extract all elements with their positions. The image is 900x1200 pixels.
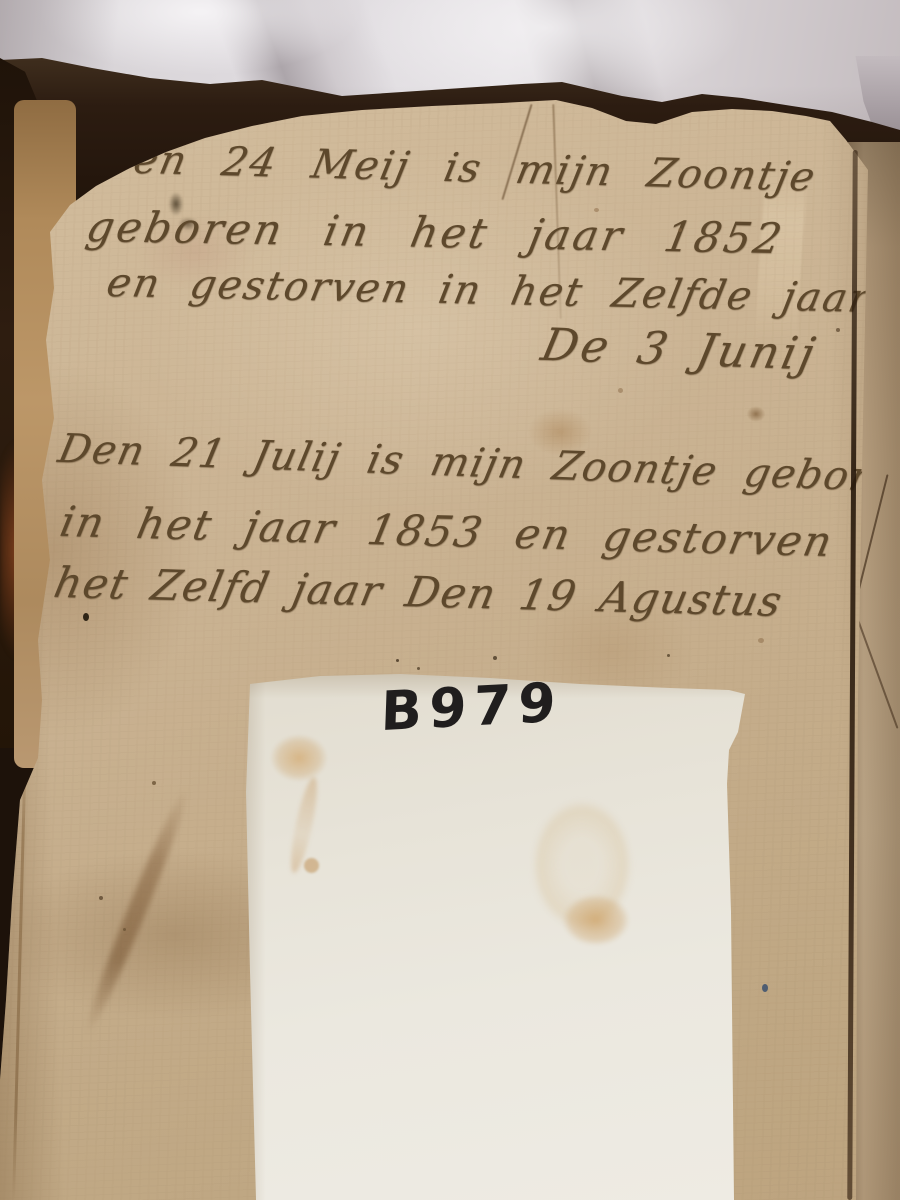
paper-freckle bbox=[618, 388, 623, 393]
handwritten-line-1853-3: het Zelfd jaar Den 19 Agustus bbox=[50, 558, 787, 626]
slip-stain bbox=[304, 858, 319, 873]
paper-freckle bbox=[678, 228, 682, 232]
paper-speck bbox=[123, 928, 126, 931]
paper-speck bbox=[417, 667, 420, 670]
handwritten-line-1852-4: De 3 Junij bbox=[537, 318, 822, 380]
paper-speck bbox=[152, 781, 156, 785]
slip-stain bbox=[562, 894, 630, 946]
photo-of-old-book-flyleaf: Den 24 Meij is mijn Zoontje geboren in h… bbox=[0, 0, 900, 1200]
handwritten-line-1853-2: in het jaar 1853 en gestorven in bbox=[56, 497, 900, 568]
paper-speck bbox=[836, 328, 840, 332]
paper-freckle bbox=[758, 638, 764, 643]
paper-speck bbox=[99, 896, 103, 900]
paper-speck bbox=[396, 659, 399, 662]
slip-stain bbox=[270, 734, 328, 782]
paper-speck bbox=[493, 656, 497, 660]
reference-number-label: B979 bbox=[380, 670, 564, 743]
ink-speck bbox=[83, 613, 89, 621]
handwritten-line-1852-2: geboren in het jaar 1852 bbox=[83, 202, 789, 263]
page-crack bbox=[856, 615, 899, 728]
page-fold-line bbox=[12, 745, 27, 1200]
handwritten-line-1853-1: Den 21 Julij is mijn Zoontje geboren bbox=[54, 426, 900, 502]
blue-speck bbox=[762, 984, 768, 992]
paper-freckle bbox=[594, 208, 599, 212]
stain-streak bbox=[79, 784, 195, 1036]
archival-reference-slip: B979 bbox=[240, 672, 752, 1200]
paper-speck bbox=[667, 654, 670, 657]
